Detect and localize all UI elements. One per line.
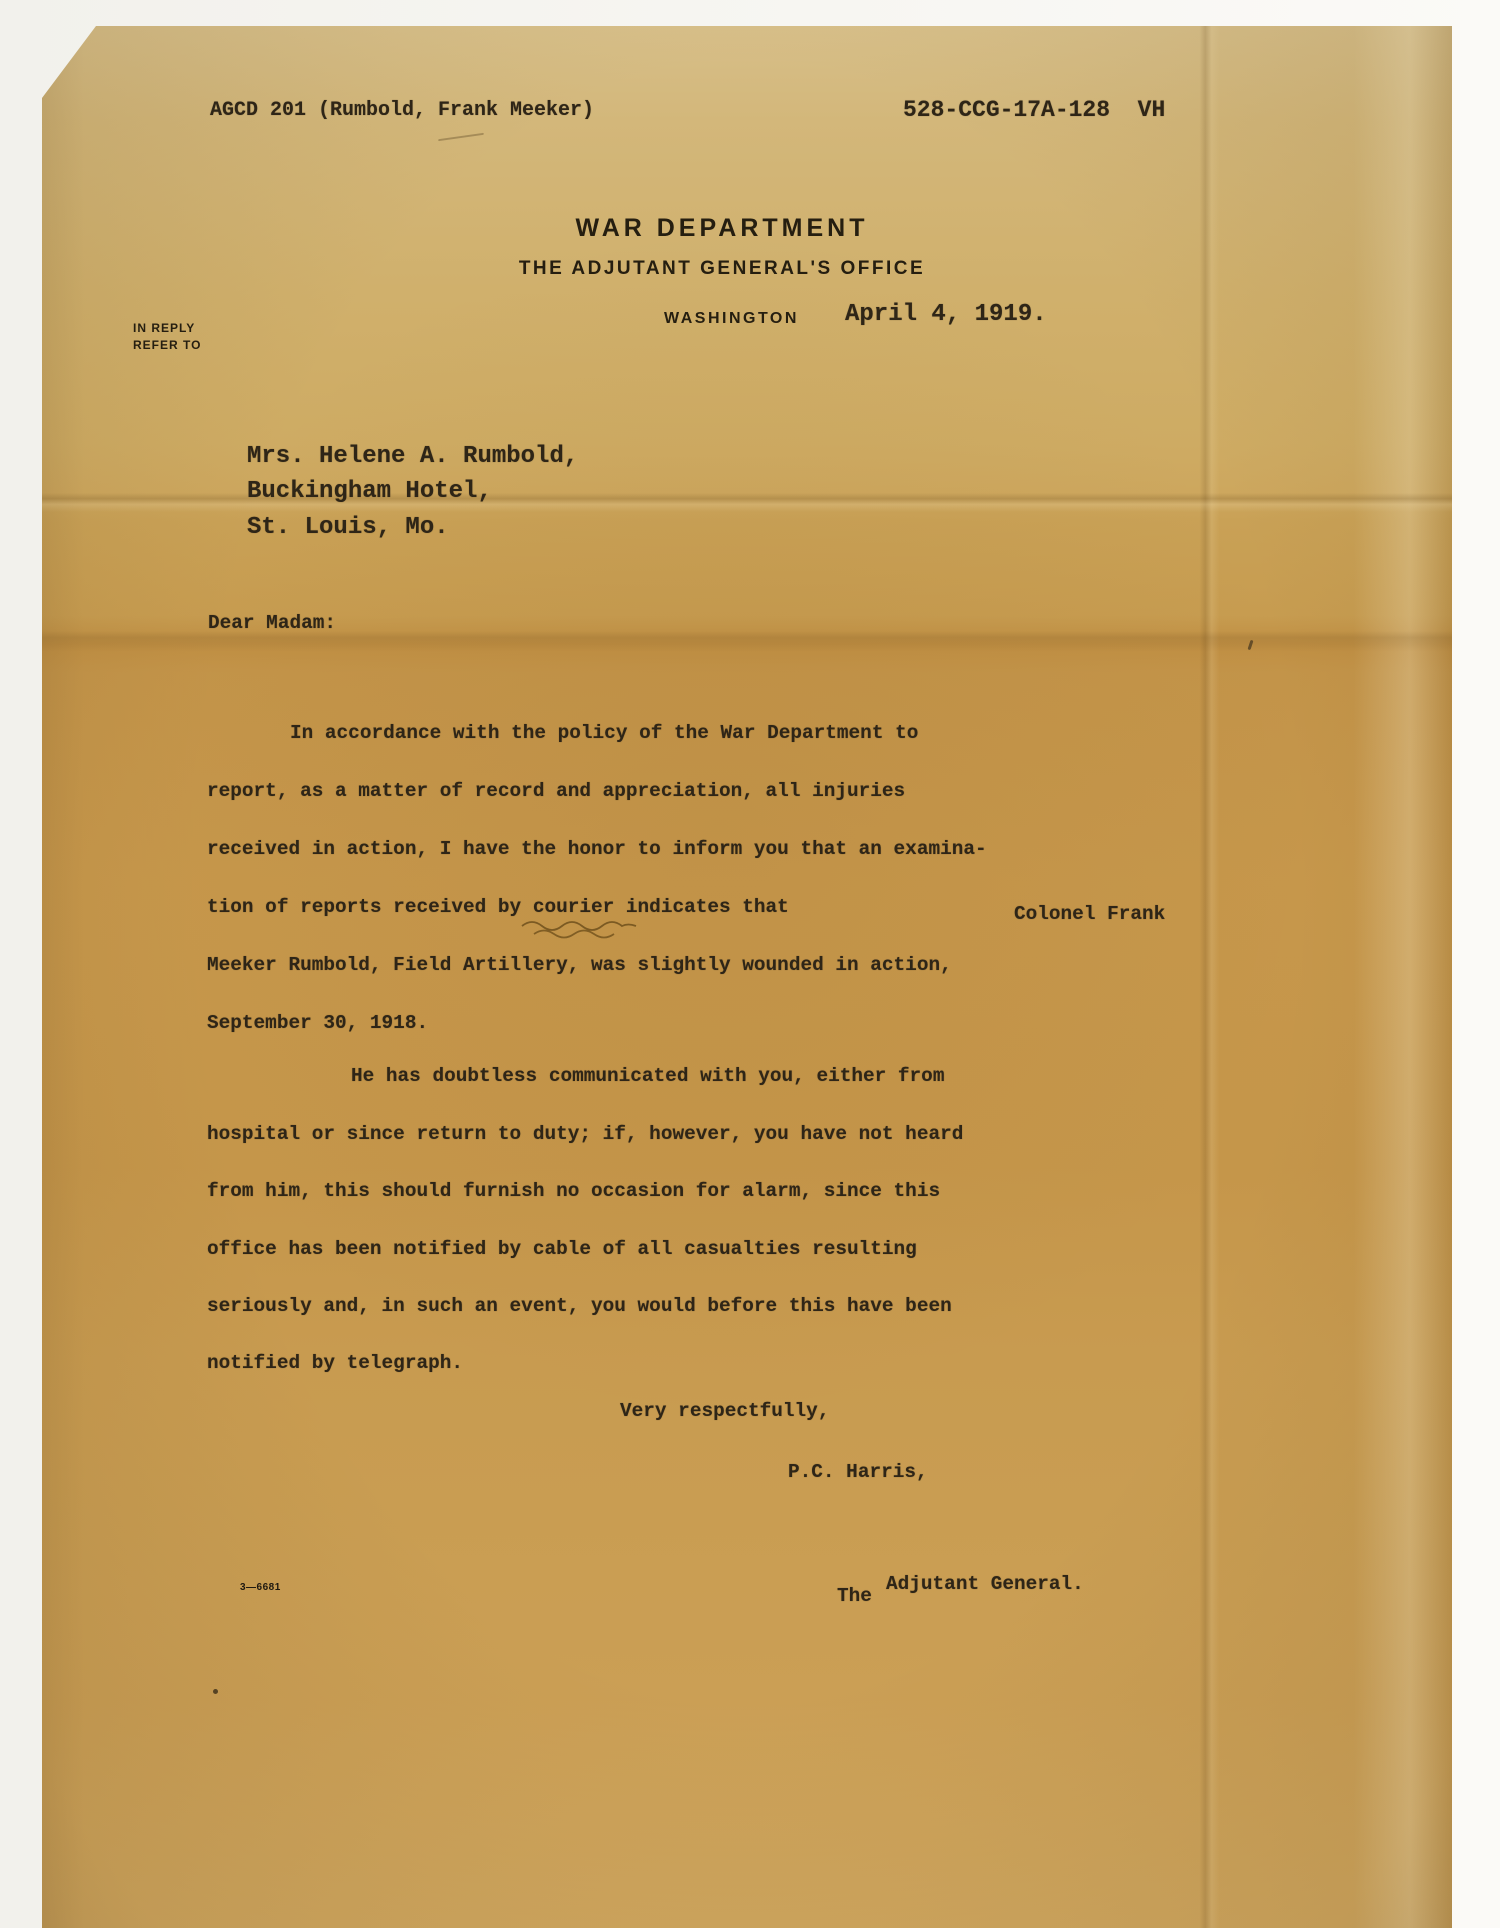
letter-date: April 4, 1919. <box>845 301 1047 330</box>
recipient-city-line: St. Louis, Mo. <box>247 514 449 543</box>
file-reference-left: AGCD 201 (Rumbold, Frank Meeker) <box>210 99 594 123</box>
letterhead-department: WAR DEPARTMENT <box>422 214 1022 243</box>
letterhead-place: WASHINGTON <box>664 310 799 328</box>
recipient-name: Mrs. Helene A. Rumbold, <box>247 443 578 472</box>
handwritten-underline-icon <box>520 918 640 942</box>
paragraph1-line: Meeker Rumbold, Field Artillery, was sli… <box>207 954 952 977</box>
signature-name: P.C. Harris, <box>788 1461 928 1484</box>
paragraph2-line: He has doubtless communicated with you, … <box>351 1065 944 1088</box>
paragraph2-line: office has been notified by cable of all… <box>207 1238 917 1261</box>
file-reference-right: 528-CCG-17A-128 VH <box>903 97 1165 125</box>
signature-title-the: The <box>837 1585 872 1608</box>
reply-stamp-line2: REFER TO <box>133 337 201 353</box>
scanned-document: AGCD 201 (Rumbold, Frank Meeker) 528-CCG… <box>0 0 1500 1928</box>
paragraph1-line: September 30, 1918. <box>207 1012 428 1035</box>
closing-phrase: Very respectfully, <box>620 1400 829 1423</box>
paragraph2-line: hospital or since return to duty; if, ho… <box>207 1123 963 1146</box>
signature-title: Adjutant General. <box>886 1573 1084 1596</box>
reply-stamp-line1: IN REPLY <box>133 320 195 336</box>
form-number: 3—6681 <box>240 1582 281 1593</box>
letterhead-office: THE ADJUTANT GENERAL'S OFFICE <box>422 258 1022 280</box>
paragraph1-line: received in action, I have the honor to … <box>207 838 987 861</box>
paragraph1-line: tion of reports received by courier indi… <box>207 896 789 919</box>
paragraph1-inserted-text: Colonel Frank <box>1014 903 1165 926</box>
salutation: Dear Madam: <box>208 612 336 635</box>
paragraph2-line: from him, this should furnish no occasio… <box>207 1180 940 1203</box>
ink-speck <box>213 1689 218 1694</box>
paragraph1-line: In accordance with the policy of the War… <box>290 722 918 745</box>
recipient-address-line: Buckingham Hotel, <box>247 478 492 507</box>
paragraph1-line: report, as a matter of record and apprec… <box>207 780 905 803</box>
paragraph2-line: seriously and, in such an event, you wou… <box>207 1295 952 1318</box>
paragraph2-line: notified by telegraph. <box>207 1352 463 1375</box>
